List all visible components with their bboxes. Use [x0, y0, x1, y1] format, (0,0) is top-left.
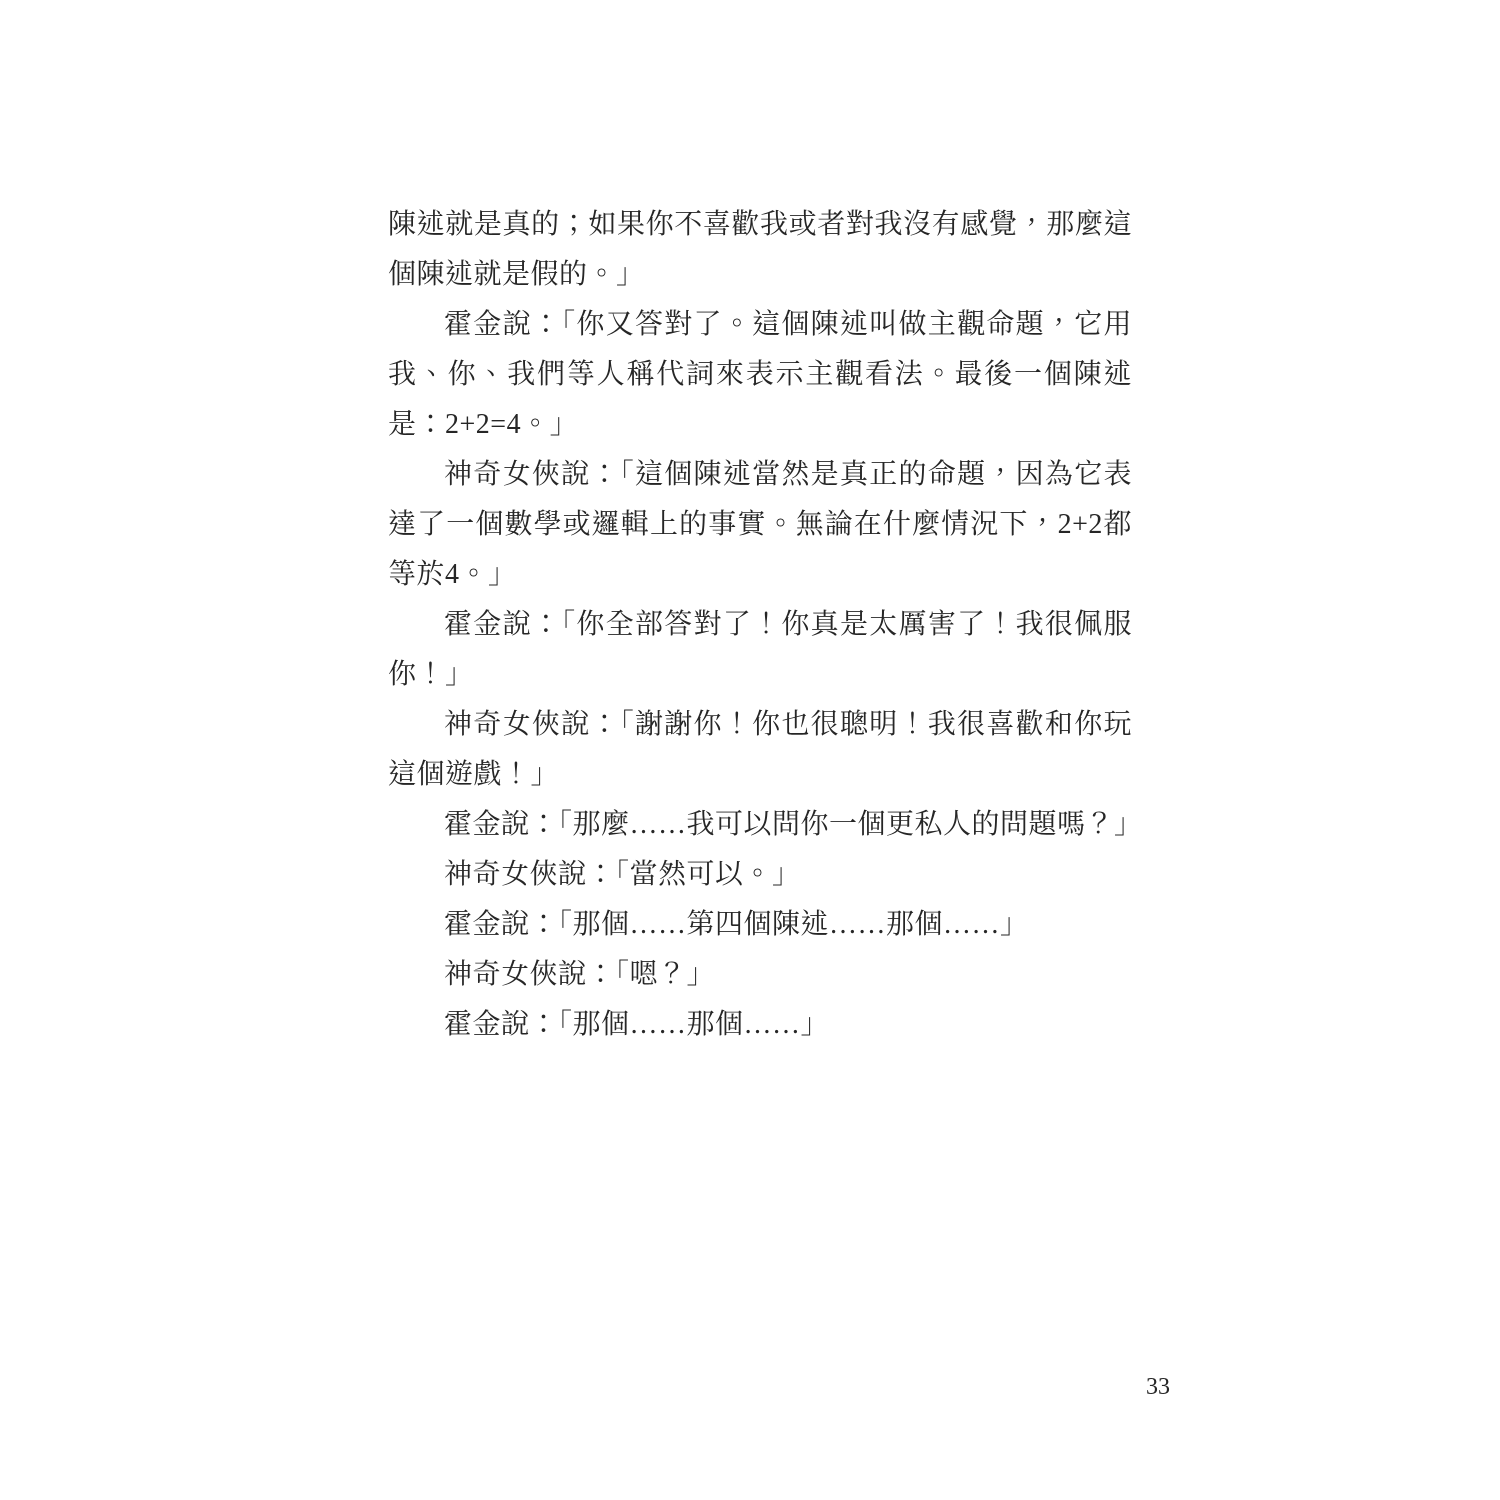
body-text-block: 陳述就是真的；如果你不喜歡我或者對我沒有感覺，那麼這個陳述就是假的。」 霍金說：… [388, 200, 1132, 1050]
paragraph: 霍金說：「那麼……我可以問你一個更私人的問題嗎？」 [388, 800, 1132, 850]
paragraph: 霍金說：「那個……那個……」 [388, 1000, 1132, 1050]
book-page: 陳述就是真的；如果你不喜歡我或者對我沒有感覺，那麼這個陳述就是假的。」 霍金說：… [0, 0, 1500, 1500]
paragraph: 霍金說：「你又答對了。這個陳述叫做主觀命題，它用我、你、我們等人稱代詞來表示主觀… [388, 300, 1132, 450]
paragraph: 神奇女俠說：「謝謝你！你也很聰明！我很喜歡和你玩這個遊戲！」 [388, 700, 1132, 800]
paragraph: 神奇女俠說：「當然可以。」 [388, 850, 1132, 900]
paragraph: 陳述就是真的；如果你不喜歡我或者對我沒有感覺，那麼這個陳述就是假的。」 [388, 200, 1132, 300]
page-number: 33 [1146, 1372, 1170, 1402]
paragraph: 霍金說：「你全部答對了！你真是太厲害了！我很佩服你！」 [388, 600, 1132, 700]
paragraph: 神奇女俠說：「這個陳述當然是真正的命題，因為它表達了一個數學或邏輯上的事實。無論… [388, 450, 1132, 600]
paragraph: 神奇女俠說：「嗯？」 [388, 950, 1132, 1000]
paragraph: 霍金說：「那個……第四個陳述……那個……」 [388, 900, 1132, 950]
